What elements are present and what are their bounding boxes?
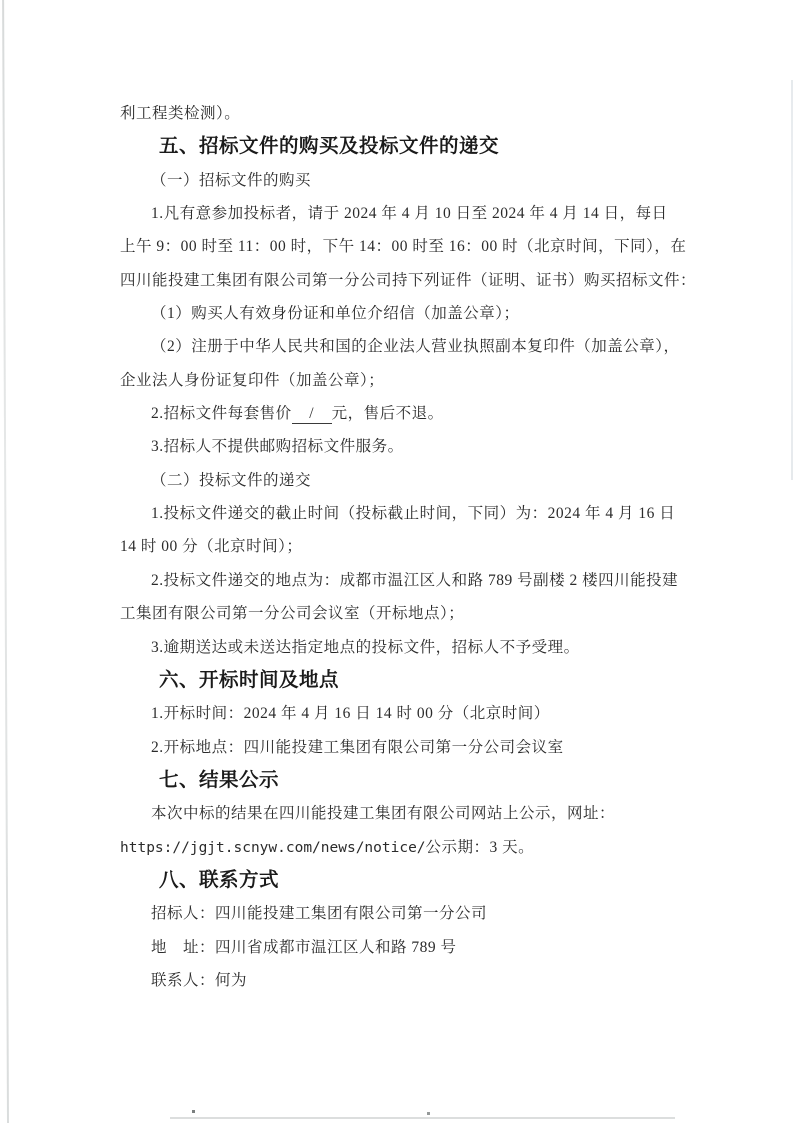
para-contact-person: 联系人：何为 bbox=[120, 964, 720, 997]
para-bid-opening-time: 1.开标时间：2024 年 4 月 16 日 14 时 00 分（北京时间） bbox=[120, 697, 720, 730]
para-bid-opening-place: 2.开标地点：四川能投建工集团有限公司第一分公司会议室 bbox=[120, 731, 720, 764]
price-text-suffix: 元，售后不退。 bbox=[332, 405, 444, 422]
scanned-document-page: 利工程类检测）。 五、招标文件的购买及投标文件的递交 （一）招标文件的购买 1.… bbox=[0, 0, 794, 1123]
section-heading-bid-opening: 六、开标时间及地点 bbox=[120, 664, 720, 697]
price-text-prefix: 2.招标文件每套售价 bbox=[151, 405, 292, 422]
scan-speck bbox=[427, 1112, 430, 1115]
subsection-heading-document-purchase: （一）招标文件的购买 bbox=[120, 164, 720, 197]
section-heading-purchase-and-submission: 五、招标文件的购买及投标文件的递交 bbox=[120, 130, 720, 163]
publicity-period-text: 公示期：3 天。 bbox=[426, 839, 535, 856]
para-submission-place-line-1: 2.投标文件递交的地点为：成都市温江区人和路 789 号副楼 2 楼四川能投建 bbox=[120, 564, 720, 597]
para-document-price: 2.招标文件每套售价/元，售后不退。 bbox=[120, 397, 720, 430]
para-required-id-documents: （1）购买人有效身份证和单位介绍信（加盖公章）； bbox=[120, 297, 720, 330]
document-body: 利工程类检测）。 五、招标文件的购买及投标文件的递交 （一）招标文件的购买 1.… bbox=[120, 97, 720, 997]
para-submission-place-line-2: 工集团有限公司第一分公司会议室（开标地点）； bbox=[120, 597, 720, 630]
para-business-license-line-1: （2）注册于中华人民共和国的企业法人营业执照副本复印件（加盖公章）， bbox=[120, 330, 720, 363]
price-blank-field: / bbox=[292, 405, 332, 424]
para-result-publicity-line-2: https://jgjt.scnyw.com/news/notice/公示期：3… bbox=[120, 831, 720, 864]
para-late-submission-rejected: 3.逾期送达或未送达指定地点的投标文件，招标人不予受理。 bbox=[120, 631, 720, 664]
para-purchase-period-line-3: 四川能投建工集团有限公司第一分公司持下列证件（证明、证书）购买招标文件： bbox=[120, 264, 720, 297]
para-purchase-period-line-2: 上午 9：00 时至 11：00 时，下午 14：00 时至 16：00 时（北… bbox=[120, 230, 720, 263]
para-business-license-line-2: 企业法人身份证复印件（加盖公章）； bbox=[120, 364, 720, 397]
scan-bottom-edge-artifact bbox=[170, 1117, 675, 1119]
section-heading-contact-info: 八、联系方式 bbox=[120, 864, 720, 897]
para-no-mail-order: 3.招标人不提供邮购招标文件服务。 bbox=[120, 430, 720, 463]
para-submission-deadline-line-1: 1.投标文件递交的截止时间（投标截止时间，下同）为：2024 年 4 月 16 … bbox=[120, 497, 720, 530]
scan-right-edge-artifact bbox=[791, 80, 793, 480]
para-submission-deadline-line-2: 14 时 00 分（北京时间）； bbox=[120, 530, 720, 563]
scan-left-edge-artifact bbox=[2, 0, 9, 1123]
para-tenderer-name: 招标人：四川能投建工集团有限公司第一分公司 bbox=[120, 897, 720, 930]
publicity-url-text: https://jgjt.scnyw.com/news/notice/ bbox=[120, 840, 426, 856]
scan-speck bbox=[192, 1110, 195, 1113]
para-tenderer-address: 地 址：四川省成都市温江区人和路 789 号 bbox=[120, 931, 720, 964]
section-heading-result-publicity: 七、结果公示 bbox=[120, 764, 720, 797]
para-purchase-period-line-1: 1.凡有意参加投标者，请于 2024 年 4 月 10 日至 2024 年 4 … bbox=[120, 197, 720, 230]
subsection-heading-bid-submission: （二）投标文件的递交 bbox=[120, 464, 720, 497]
continuation-line-testing-types: 利工程类检测）。 bbox=[120, 97, 720, 130]
para-result-publicity-line-1: 本次中标的结果在四川能投建工集团有限公司网站上公示，网址： bbox=[120, 797, 720, 830]
